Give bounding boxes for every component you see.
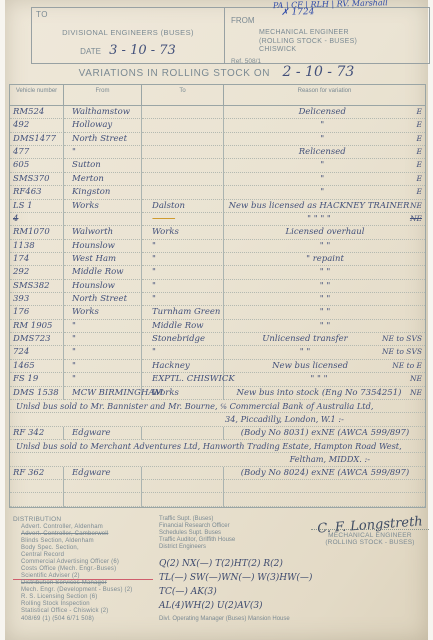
table-row: RM1070WalworthWorksLicensed overhaul: [10, 226, 425, 239]
cell-reason: " repaint: [224, 253, 425, 266]
cell-reason: Unlicensed transferNE to SVS: [224, 333, 425, 346]
cell-reason: New bus into stock (Eng No 7354251)NE: [224, 387, 425, 400]
table-row: 393North Street"" ": [10, 293, 425, 306]
to-value: DIVISIONAL ENGINEERS (BUSES): [36, 28, 220, 37]
cell-from: Edgware: [64, 467, 142, 480]
distribution-item: Distribution Services Manager: [13, 580, 153, 587]
variation-code: NE: [410, 373, 425, 385]
cell-from: Hounslow: [64, 280, 142, 293]
cell-to: [142, 173, 224, 186]
variation-code: [422, 240, 425, 252]
distribution-title: DISTRIBUTION: [13, 516, 153, 523]
garage-code-line: AL(4)WH(2) U(2)AV(3): [159, 599, 319, 613]
cell-vehicle-number: 605: [10, 159, 64, 172]
cell-to: ": [142, 280, 224, 293]
table-row: 292Middle Row"" ": [10, 266, 425, 279]
variation-code: E: [417, 186, 425, 198]
cell-vehicle-number: 477: [10, 146, 64, 159]
distribution-item: R. S. Licensing Section (6): [13, 594, 153, 601]
cell-from: [64, 213, 142, 226]
table-row: 34, Piccadilly, London, W.1 :-: [10, 413, 425, 426]
cell-to: [142, 467, 224, 480]
variation-code: [422, 306, 425, 318]
middle-column: Traffic Supt. (Buses)Financial Research …: [159, 516, 319, 623]
cell-from: [64, 480, 142, 493]
cell-from: ": [64, 373, 142, 386]
cell-from: Middle Row: [64, 266, 142, 279]
cell-to: Stonebridge: [142, 333, 224, 346]
reason-text: [228, 480, 422, 492]
variation-code: NE to SVS: [382, 333, 425, 345]
cell-vehicle-number: RM 1905: [10, 320, 64, 333]
garage-codes: Q(2) NX(—) T(2)HT(2) R(2)TL(—) SW(—)WN(—…: [159, 557, 319, 613]
variation-code: E: [417, 173, 425, 185]
table-row: RF 342Edgware(Body No 8031) exNE (AWCA 5…: [10, 427, 425, 440]
variation-code: [422, 427, 425, 439]
distribution-item: Advert. Controller, Aldenham: [13, 524, 153, 531]
garage-code-line: TL(—) SW(—)WN(—) W(3)HW(—): [159, 571, 319, 585]
from-line: MECHANICAL ENGINEER: [259, 29, 423, 38]
table-row: 1138Hounslow"" ": [10, 240, 425, 253]
distribution-list: DISTRIBUTION Advert. Controller, Aldenha…: [13, 516, 153, 623]
cell-vehicle-number: 492: [10, 119, 64, 132]
signature-block: C. F. Longstreth MECHANICAL ENGINEER (RO…: [311, 518, 429, 546]
col-header-from: From: [64, 85, 142, 105]
distribution-item: Rolling Stock Inspection: [13, 601, 153, 608]
reason-text: ": [228, 133, 417, 145]
cell-to: [142, 186, 224, 199]
cell-to: Works: [142, 387, 224, 400]
col-header-vehicle: Vehicle number: [10, 85, 64, 105]
cell-from: ": [64, 346, 142, 359]
footer-section: DISTRIBUTION Advert. Controller, Aldenha…: [11, 514, 428, 638]
distribution-item: Mech. Engr. (Development - Buses) (2): [13, 587, 153, 594]
table-row: SMS370Merton"E: [10, 173, 425, 186]
variation-code: E: [417, 133, 425, 145]
recipient-item: Traffic Supt. (Buses): [159, 516, 319, 523]
reason-text: ": [228, 173, 417, 185]
from-address: MECHANICAL ENGINEER (ROLLING STOCK - BUS…: [259, 29, 423, 55]
signature-subtitle: (ROLLING STOCK - BUSES): [311, 539, 429, 546]
variation-code: E: [417, 106, 425, 118]
cell-from: Kingston: [64, 186, 142, 199]
cell-reason: [224, 480, 425, 493]
cell-vehicle-number: 1138: [10, 240, 64, 253]
form-footnote: 408/69 (1) (504 6/71 508): [13, 616, 153, 623]
variation-code: NE: [410, 200, 425, 212]
cell-reason: RelicensedE: [224, 146, 425, 159]
cell-vehicle-number: LS 1: [10, 200, 64, 213]
table-row: 4———" " " "NE: [10, 213, 425, 226]
garage-code-line: Q(2) NX(—) T(2)HT(2) R(2): [159, 557, 319, 571]
cell-reason: [224, 493, 425, 506]
reason-text: " ": [228, 320, 422, 332]
distribution-items: Advert. Controller, AldenhamAdvert. Cont…: [13, 524, 153, 615]
cell-from: ": [64, 333, 142, 346]
title-date: 2 - 10 - 73: [283, 64, 355, 80]
recipient-item: District Engineers: [159, 544, 319, 551]
variation-code: [422, 480, 425, 492]
middle-items: Traffic Supt. (Buses)Financial Research …: [159, 516, 319, 551]
cell-to: ———: [142, 213, 224, 226]
cell-reason: "E: [224, 133, 425, 146]
cell-to: [142, 159, 224, 172]
date-value: 3 - 10 - 73: [109, 43, 176, 58]
variation-code: NE: [410, 213, 425, 225]
cell-reason: DelicensedE: [224, 106, 425, 119]
cell-from: ": [64, 320, 142, 333]
reason-text: ": [228, 119, 417, 131]
cell-from: Edgware: [64, 427, 142, 440]
variation-code: E: [417, 146, 425, 158]
cell-from: ": [64, 360, 142, 373]
distribution-item: Central Record: [13, 552, 153, 559]
table-row: FS 19"EXPTL. CHISWICK" " "NE: [10, 373, 425, 386]
reason-text: Relicensed: [228, 146, 417, 158]
cell-to: EXPTL. CHISWICK: [142, 373, 224, 386]
reason-text: Unlicensed transfer: [228, 333, 382, 345]
cell-from: Works: [64, 306, 142, 319]
table-span-text: Feltham, MIDDX. :-: [10, 453, 425, 466]
table-row: 492Holloway"E: [10, 119, 425, 132]
cell-vehicle-number: 4: [10, 213, 64, 226]
cell-to: ": [142, 346, 224, 359]
cell-from: Walthamstow: [64, 106, 142, 119]
cell-reason: "E: [224, 159, 425, 172]
cell-vehicle-number: FS 19: [10, 373, 64, 386]
variation-code: E: [417, 159, 425, 171]
table-row: RF463Kingston"E: [10, 186, 425, 199]
cell-to: Hackney: [142, 360, 224, 373]
cell-vehicle-number: DMS 1538: [10, 387, 64, 400]
table-row: 174West Ham"" repaint: [10, 253, 425, 266]
garage-code-line: TC(—) AK(3): [159, 585, 319, 599]
cell-reason: " " " "NE: [224, 213, 425, 226]
cell-to: ": [142, 240, 224, 253]
reason-text: " ": [228, 280, 422, 292]
variation-code: E: [417, 119, 425, 131]
cell-to: [142, 427, 224, 440]
reason-text: " ": [228, 240, 422, 252]
table-body: RM524WalthamstowDelicensedE492Holloway"E…: [10, 106, 425, 507]
cell-to: Dalston: [142, 200, 224, 213]
cell-vehicle-number: RM1070: [10, 226, 64, 239]
table-header-row: Vehicle number From To Reason for variat…: [10, 85, 425, 106]
table-row: LS 1WorksDalstonNew bus licensed as HACK…: [10, 200, 425, 213]
cell-vehicle-number: 724: [10, 346, 64, 359]
scanned-document: { "header": { "to_label": "TO", "to_valu…: [0, 0, 433, 640]
from-label: FROM: [231, 16, 255, 25]
reason-text: ": [228, 186, 417, 198]
table-row: 176WorksTurnham Green" ": [10, 306, 425, 319]
title-bar: VARIATIONS IN ROLLING STOCK ON 2 - 10 - …: [5, 63, 428, 81]
col-header-to: To: [142, 85, 224, 105]
cell-vehicle-number: [10, 493, 64, 506]
table-row: DMS1477North Street"E: [10, 133, 425, 146]
cell-reason: (Body No 8031) exNE (AWCA 599/897): [224, 427, 425, 440]
table-row: RM524WalthamstowDelicensedE: [10, 106, 425, 119]
cell-reason: " ": [224, 266, 425, 279]
reason-text: New bus licensed as HACKNEY TRAINER: [228, 200, 410, 212]
cell-to: ": [142, 253, 224, 266]
cell-vehicle-number: DMS723: [10, 333, 64, 346]
cell-reason: "E: [224, 173, 425, 186]
variation-code: [422, 320, 425, 332]
cell-reason: New bus licensedNE to E: [224, 360, 425, 373]
cell-to: Works: [142, 226, 224, 239]
cell-vehicle-number: 393: [10, 293, 64, 306]
reason-text: " repaint: [228, 253, 422, 265]
cell-reason: " ": [224, 240, 425, 253]
date-line: DATE 3 - 10 - 73: [36, 43, 220, 58]
cell-from: Merton: [64, 173, 142, 186]
reason-text: " ": [228, 293, 422, 305]
reason-text: " ": [228, 266, 422, 278]
cell-from: MCW BIRMINGHAM: [64, 387, 142, 400]
table-row: 605Sutton"E: [10, 159, 425, 172]
reason-text: New bus licensed: [228, 360, 392, 372]
cell-from: Hounslow: [64, 240, 142, 253]
distribution-item: Scientific Adviser (2): [13, 573, 153, 580]
date-label: DATE: [80, 47, 101, 56]
cell-to: [142, 146, 224, 159]
cell-to: [142, 106, 224, 119]
cell-reason: (Body No 8024) exNE (AWCA 599/897): [224, 467, 425, 480]
variation-code: [422, 226, 425, 238]
reason-text: New bus into stock (Eng No 7354251): [228, 387, 410, 399]
table-row: RF 362Edgware(Body No 8024) exNE (AWCA 5…: [10, 467, 425, 480]
cell-to: Middle Row: [142, 320, 224, 333]
reason-text: Licensed overhaul: [228, 226, 422, 238]
cell-from: West Ham: [64, 253, 142, 266]
table-row: RM 1905"Middle Row" ": [10, 320, 425, 333]
variation-code: [422, 493, 425, 505]
recipient-item: Schedules Supt. Buses: [159, 530, 319, 537]
cell-to: [142, 480, 224, 493]
cell-to: [142, 133, 224, 146]
cell-from: Holloway: [64, 119, 142, 132]
distribution-item: Costs Office (Mech. Engr.-Buses): [13, 566, 153, 573]
cell-from: [64, 493, 142, 506]
table-row: 477"RelicensedE: [10, 146, 425, 159]
distribution-item: Statistical Office - Chiswick (2): [13, 608, 153, 615]
cell-vehicle-number: 292: [10, 266, 64, 279]
col-header-reason: Reason for variation: [224, 85, 425, 105]
cell-vehicle-number: RF 362: [10, 467, 64, 480]
table-row: SMS382Hounslow"" ": [10, 280, 425, 293]
variation-code: [422, 293, 425, 305]
cell-vehicle-number: [10, 480, 64, 493]
cell-reason: " ": [224, 293, 425, 306]
variation-code: NE to E: [392, 360, 425, 372]
cell-vehicle-number: 1465: [10, 360, 64, 373]
cell-to: ": [142, 266, 224, 279]
table-span-text: Unlsd bus sold to Merchant Adventures Lt…: [10, 440, 425, 453]
reason-text: ": [228, 159, 417, 171]
table-row: DMS 1538MCW BIRMINGHAMWorksNew bus into …: [10, 387, 425, 400]
header-to-cell: TO DIVISIONAL ENGINEERS (BUSES) DATE 3 -…: [32, 8, 224, 63]
recipient-item: Financial Research Officer: [159, 523, 319, 530]
cell-reason: Licensed overhaul: [224, 226, 425, 239]
cell-reason: "E: [224, 119, 425, 132]
table-row: DMS723"StonebridgeUnlicensed transferNE …: [10, 333, 425, 346]
cell-vehicle-number: RM524: [10, 106, 64, 119]
variation-code: [422, 253, 425, 265]
cell-from: North Street: [64, 133, 142, 146]
cell-from: ": [64, 146, 142, 159]
cell-reason: " "NE to SVS: [224, 346, 425, 359]
reason-text: (Body No 8024) exNE (AWCA 599/897): [228, 467, 422, 479]
cell-reason: " ": [224, 306, 425, 319]
cell-from: Walworth: [64, 226, 142, 239]
variations-table: Vehicle number From To Reason for variat…: [9, 84, 426, 508]
reason-text: " ": [228, 346, 382, 358]
cell-vehicle-number: 174: [10, 253, 64, 266]
recipient-item: Traffic Auditor, Griffith House: [159, 537, 319, 544]
table-row: [10, 493, 425, 506]
table-span-text: Unlsd bus sold to Mr. Bannister and Mr. …: [10, 400, 425, 413]
cell-vehicle-number: DMS1477: [10, 133, 64, 146]
variation-code: [422, 280, 425, 292]
cell-to: ": [142, 293, 224, 306]
table-row: Unlsd bus sold to Merchant Adventures Lt…: [10, 440, 425, 453]
cell-from: North Street: [64, 293, 142, 306]
reason-text: Delicensed: [228, 106, 417, 118]
variation-code: [422, 467, 425, 479]
reason-text: " ": [228, 306, 422, 318]
cell-vehicle-number: SMS370: [10, 173, 64, 186]
distribution-item: Blinds Section, Aldenham: [13, 538, 153, 545]
table-span-text: 34, Piccadilly, London, W.1 :-: [10, 413, 425, 426]
from-line: CHISWICK: [259, 46, 423, 55]
table-row: Feltham, MIDDX. :-: [10, 453, 425, 466]
dom-line: Divl. Operating Manager (Buses) Mansion …: [159, 616, 319, 623]
page-title: VARIATIONS IN ROLLING STOCK ON: [79, 68, 270, 79]
cell-reason: "E: [224, 186, 425, 199]
distribution-item: Advert. Controller, Camberwell: [13, 531, 153, 538]
variation-code: NE: [410, 387, 425, 399]
cell-from: Works: [64, 200, 142, 213]
cell-vehicle-number: RF463: [10, 186, 64, 199]
cell-vehicle-number: SMS382: [10, 280, 64, 293]
cell-reason: " ": [224, 320, 425, 333]
cell-vehicle-number: 176: [10, 306, 64, 319]
from-line: (ROLLING STOCK - BUSES): [259, 38, 423, 47]
cell-reason: " ": [224, 280, 425, 293]
cell-from: Sutton: [64, 159, 142, 172]
table-row: 1465"HackneyNew bus licensedNE to E: [10, 360, 425, 373]
reason-text: (Body No 8031) exNE (AWCA 599/897): [228, 427, 422, 439]
to-label: TO: [36, 10, 220, 19]
table-row: Unlsd bus sold to Mr. Bannister and Mr. …: [10, 400, 425, 413]
document-page: PA | CF | RLH | RV. Marshall ✗ 1724 TO D…: [5, 0, 428, 640]
cell-to: [142, 493, 224, 506]
reason-text: " " " ": [228, 213, 410, 225]
distribution-item: Body Spec. Section,: [13, 545, 153, 552]
distribution-item: Commercial Advertising Officer (6): [13, 559, 153, 566]
variation-code: NE to SVS: [382, 346, 425, 358]
cell-reason: New bus licensed as HACKNEY TRAINERNE: [224, 200, 425, 213]
reason-text: " " ": [228, 373, 410, 385]
cell-reason: " " "NE: [224, 373, 425, 386]
table-row: [10, 480, 425, 493]
cell-to: [142, 119, 224, 132]
cell-to: Turnham Green: [142, 306, 224, 319]
cell-vehicle-number: RF 342: [10, 427, 64, 440]
variation-code: [422, 266, 425, 278]
reason-text: [228, 493, 422, 505]
table-row: 724""" "NE to SVS: [10, 346, 425, 359]
